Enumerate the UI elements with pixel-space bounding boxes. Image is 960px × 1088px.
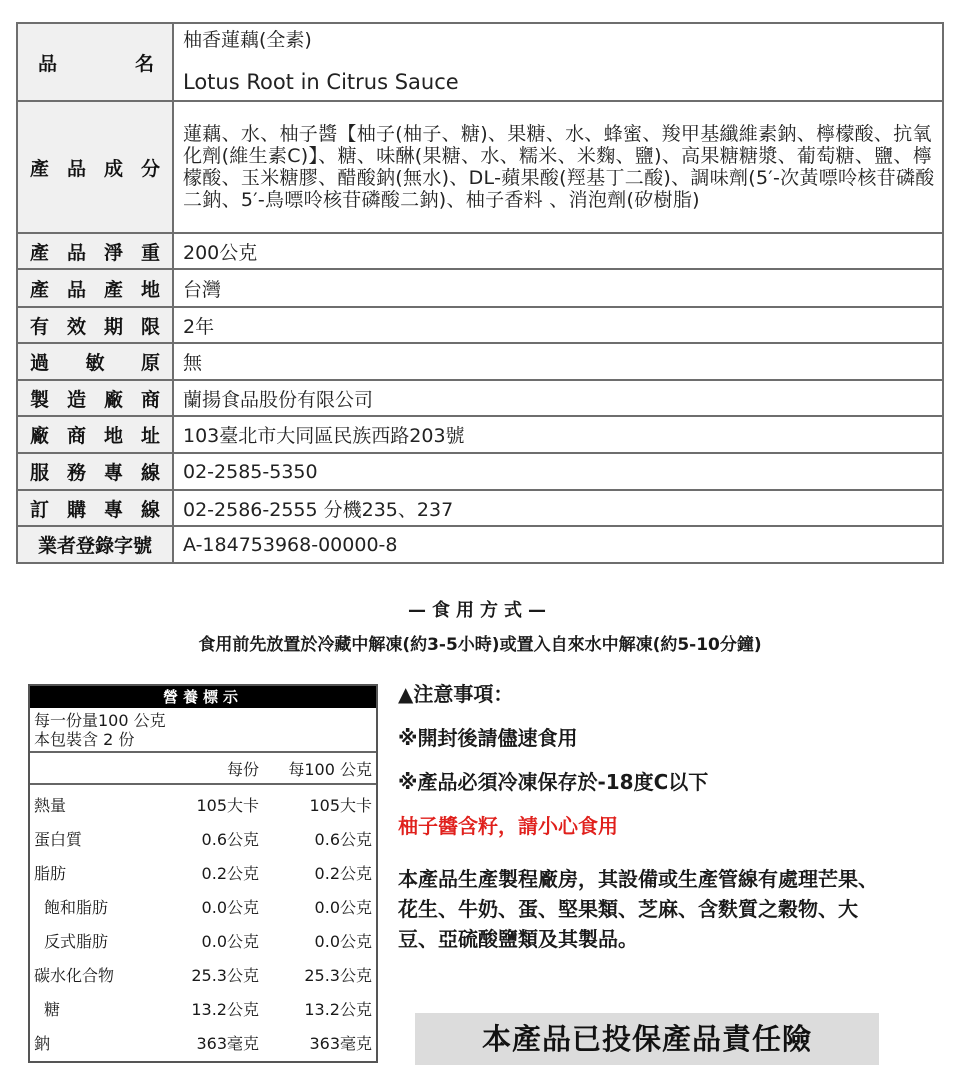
value-service-line: 02-2585-5350 [173, 453, 943, 490]
value-ingredients: 蓮藕、水、柚子醬【柚子(柚子、糖)、果糖、水、蜂蜜、羧甲基纖維素鈉、檸檬酸、抗氧… [173, 101, 943, 233]
value-registration-number: A-184753968-00000-8 [173, 526, 943, 563]
nutrition-row-protein: 蛋白質 0.6公克 0.6公克 [30, 821, 376, 855]
label-allergens: 過 敏 原 [17, 343, 173, 380]
product-name-en: Lotus Root in Citrus Sauce [183, 62, 942, 98]
row-ingredients: 產 品 成 分 蓮藕、水、柚子醬【柚子(柚子、糖)、果糖、水、蜂蜜、羧甲基纖維素… [17, 101, 943, 233]
label-order-line: 訂 購 專 線 [17, 490, 173, 526]
label-address: 廠 商 地 址 [17, 416, 173, 453]
precaution-item-1: ※開封後請儘速食用 [398, 726, 878, 770]
seed-warning: 柚子醬含籽，請小心食用 [398, 814, 878, 858]
nutrition-facts-table: 營養標示 每一份量100 公克 本包裝含 2 份 每份 每100 公克 熱量 1… [28, 684, 378, 1063]
row-net-weight: 產 品 淨 重 200公克 [17, 233, 943, 269]
nutrition-row-trans-fat: 反式脂肪 0.0公克 0.0公克 [30, 923, 376, 957]
row-manufacturer: 製 造 廠 商 蘭揚食品股份有限公司 [17, 380, 943, 416]
nutrition-row-carbohydrate: 碳水化合物 25.3公克 25.3公克 [30, 957, 376, 991]
product-name-zh: 柚香蓮藕(全素) [183, 26, 942, 62]
usage-title: —食用方式— [0, 596, 960, 622]
row-registration-number: 業者登錄字號 A-184753968-00000-8 [17, 526, 943, 563]
servings-per-pack: 本包裝含 2 份 [34, 730, 370, 749]
allergen-statement: 本產品生產製程廠房，其設備或生產管線有處理芒果、花生、牛奶、蛋、堅果類、芝麻、含… [398, 864, 878, 954]
nutrition-rows: 熱量 105大卡 105大卡 蛋白質 0.6公克 0.6公克 脂肪 0.2公克 … [30, 785, 376, 1061]
nutrition-title: 營養標示 [30, 686, 376, 708]
label-origin: 產 品 產 地 [17, 269, 173, 307]
serving-size: 每一份量100 公克 [34, 711, 370, 730]
serving-info: 每一份量100 公克 本包裝含 2 份 [30, 708, 376, 753]
label-ingredients: 產 品 成 分 [17, 101, 173, 233]
product-info-table: 品 名 柚香蓮藕(全素) Lotus Root in Citrus Sauce … [16, 22, 944, 564]
precautions-title: ▲注意事項： [398, 682, 878, 726]
value-shelf-life: 2年 [173, 307, 943, 343]
value-product-name: 柚香蓮藕(全素) Lotus Root in Citrus Sauce [173, 23, 943, 101]
nutrition-row-saturated-fat: 飽和脂肪 0.0公克 0.0公克 [30, 889, 376, 923]
col-per-serving: 每份 [144, 757, 259, 780]
value-allergens: 無 [173, 343, 943, 380]
row-shelf-life: 有 效 期 限 2年 [17, 307, 943, 343]
nutrition-row-sodium: 鈉 363毫克 363毫克 [30, 1025, 376, 1059]
label-product-name: 品 名 [17, 23, 173, 101]
row-order-line: 訂 購 專 線 02-2586-2555 分機235、237 [17, 490, 943, 526]
label-service-line: 服 務 專 線 [17, 453, 173, 490]
row-service-line: 服 務 專 線 02-2585-5350 [17, 453, 943, 490]
col-per-100g: 每100 公克 [259, 757, 376, 780]
insurance-banner: 本產品已投保產品責任險 [415, 1013, 879, 1065]
precautions: ▲注意事項： ※開封後請儘速食用 ※產品必須冷凍保存於-18度C以下 柚子醬含籽… [398, 682, 878, 954]
nutrition-column-headers: 每份 每100 公克 [30, 753, 376, 785]
precaution-item-2: ※產品必須冷凍保存於-18度C以下 [398, 770, 878, 814]
value-order-line: 02-2586-2555 分機235、237 [173, 490, 943, 526]
nutrition-row-sugar: 糖 13.2公克 13.2公克 [30, 991, 376, 1025]
row-origin: 產 品 產 地 台灣 [17, 269, 943, 307]
row-address: 廠 商 地 址 103臺北市大同區民族西路203號 [17, 416, 943, 453]
value-manufacturer: 蘭揚食品股份有限公司 [173, 380, 943, 416]
row-allergens: 過 敏 原 無 [17, 343, 943, 380]
label-registration-number: 業者登錄字號 [17, 526, 173, 563]
usage-instructions: 食用前先放置於冷藏中解凍(約3-5小時)或置入自來水中解凍(約5-10分鐘) [0, 630, 960, 655]
value-origin: 台灣 [173, 269, 943, 307]
nutrition-row-calories: 熱量 105大卡 105大卡 [30, 787, 376, 821]
row-product-name: 品 名 柚香蓮藕(全素) Lotus Root in Citrus Sauce [17, 23, 943, 101]
label-shelf-life: 有 效 期 限 [17, 307, 173, 343]
value-net-weight: 200公克 [173, 233, 943, 269]
label-manufacturer: 製 造 廠 商 [17, 380, 173, 416]
value-address: 103臺北市大同區民族西路203號 [173, 416, 943, 453]
label-net-weight: 產 品 淨 重 [17, 233, 173, 269]
nutrition-row-fat: 脂肪 0.2公克 0.2公克 [30, 855, 376, 889]
